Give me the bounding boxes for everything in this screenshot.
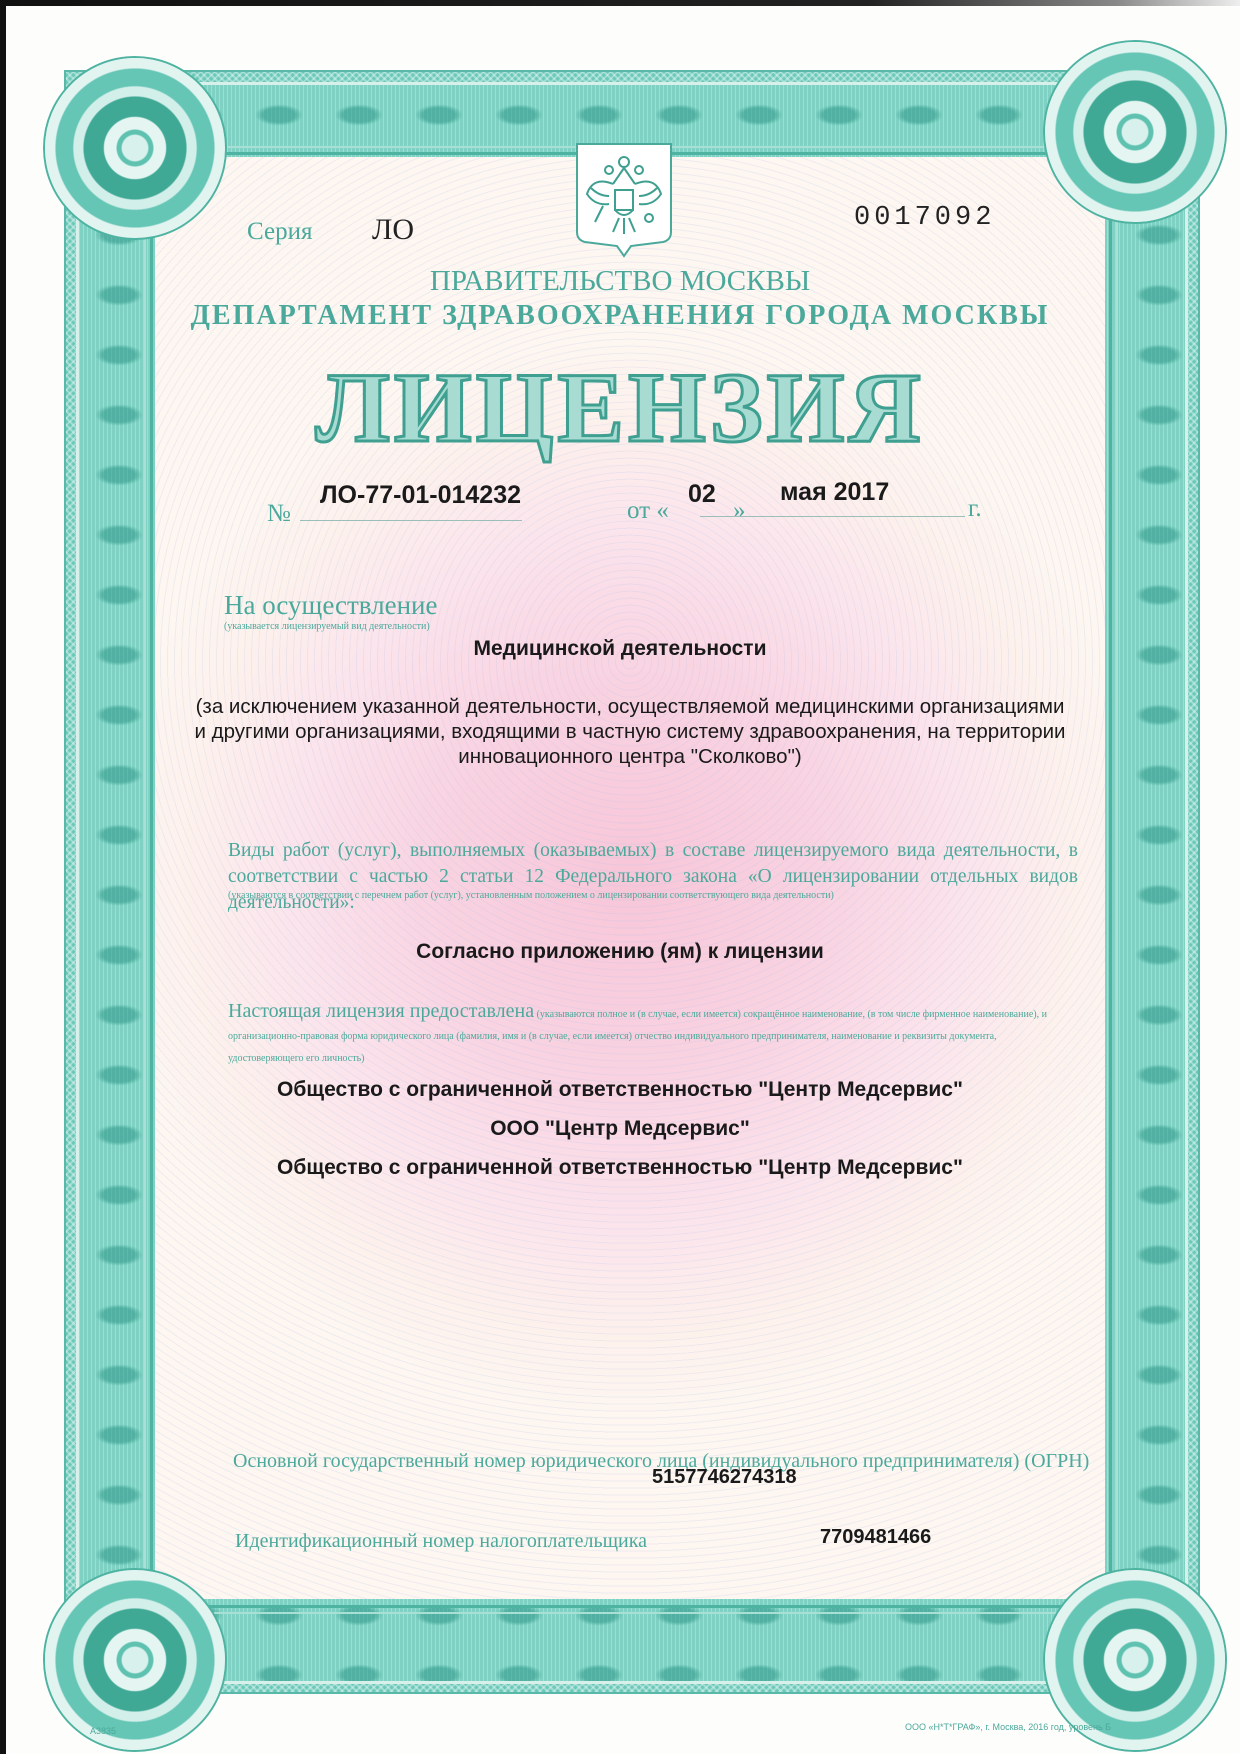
holder-short-name: ООО "Центр Медсервис" bbox=[0, 1117, 1240, 1141]
inn-label: Идентификационный номер налогоплательщик… bbox=[235, 1530, 647, 1553]
serial-number: 0017092 bbox=[854, 203, 995, 233]
series-value: ЛО bbox=[372, 213, 414, 247]
department-title: ДЕПАРТАМЕНТ ЗДРАВООХРАНЕНИЯ ГОРОДА МОСКВ… bbox=[0, 300, 1240, 332]
ogrn-value: 5157746274318 bbox=[652, 1466, 797, 1489]
activity-label: На осуществление bbox=[224, 590, 438, 621]
date-quote-close: » bbox=[733, 497, 746, 525]
works-label: Виды работ (услуг), выполняемых (оказыва… bbox=[228, 838, 1078, 916]
activity-hint: (указывается лицензируемый вид деятельно… bbox=[224, 621, 430, 632]
license-number-label: № bbox=[267, 500, 291, 528]
holder-full-name: Общество с ограниченной ответственностью… bbox=[0, 1078, 1240, 1102]
inn-value: 7709481466 bbox=[820, 1526, 931, 1549]
activity-note: (за исключением указанной деятельности, … bbox=[190, 694, 1070, 769]
license-month-year: мая 2017 bbox=[780, 478, 889, 507]
date-from-label: от « bbox=[627, 497, 669, 525]
document-title: ЛИЦЕНЗИЯ bbox=[0, 350, 1240, 465]
license-day: 02 bbox=[688, 480, 716, 509]
works-hint: (указываются в соответствии с перечнем р… bbox=[228, 890, 834, 901]
rosette-ornament-icon bbox=[45, 58, 225, 238]
works-value: Согласно приложению (ям) к лицензии bbox=[0, 940, 1240, 964]
holder-label: Настоящая лицензия предоставлена (указыв… bbox=[228, 1000, 1068, 1070]
scan-edge-left bbox=[0, 0, 6, 1754]
rosette-ornament-icon bbox=[45, 1570, 225, 1750]
printer-note: ООО «Н*Т*ГРАФ», г. Москва, 2016 год, уро… bbox=[905, 1722, 1111, 1732]
holder-label-main: Настоящая лицензия предоставлена bbox=[228, 1000, 534, 1022]
activity-value: Медицинской деятельности bbox=[0, 637, 1240, 661]
holder-firm-name: Общество с ограниченной ответственностью… bbox=[0, 1156, 1240, 1180]
year-suffix: г. bbox=[968, 495, 982, 523]
number-underline bbox=[300, 520, 522, 521]
rosette-ornament-icon bbox=[1045, 42, 1225, 222]
date-underline bbox=[700, 516, 965, 517]
russian-coat-of-arms-icon bbox=[573, 140, 675, 258]
series-label: Серия bbox=[247, 218, 312, 246]
form-code: А3835 bbox=[90, 1726, 116, 1736]
license-number: ЛО-77-01-014232 bbox=[320, 481, 521, 510]
scan-edge-top bbox=[0, 0, 1240, 6]
government-title: ПРАВИТЕЛЬСТВО МОСКВЫ bbox=[0, 265, 1240, 298]
